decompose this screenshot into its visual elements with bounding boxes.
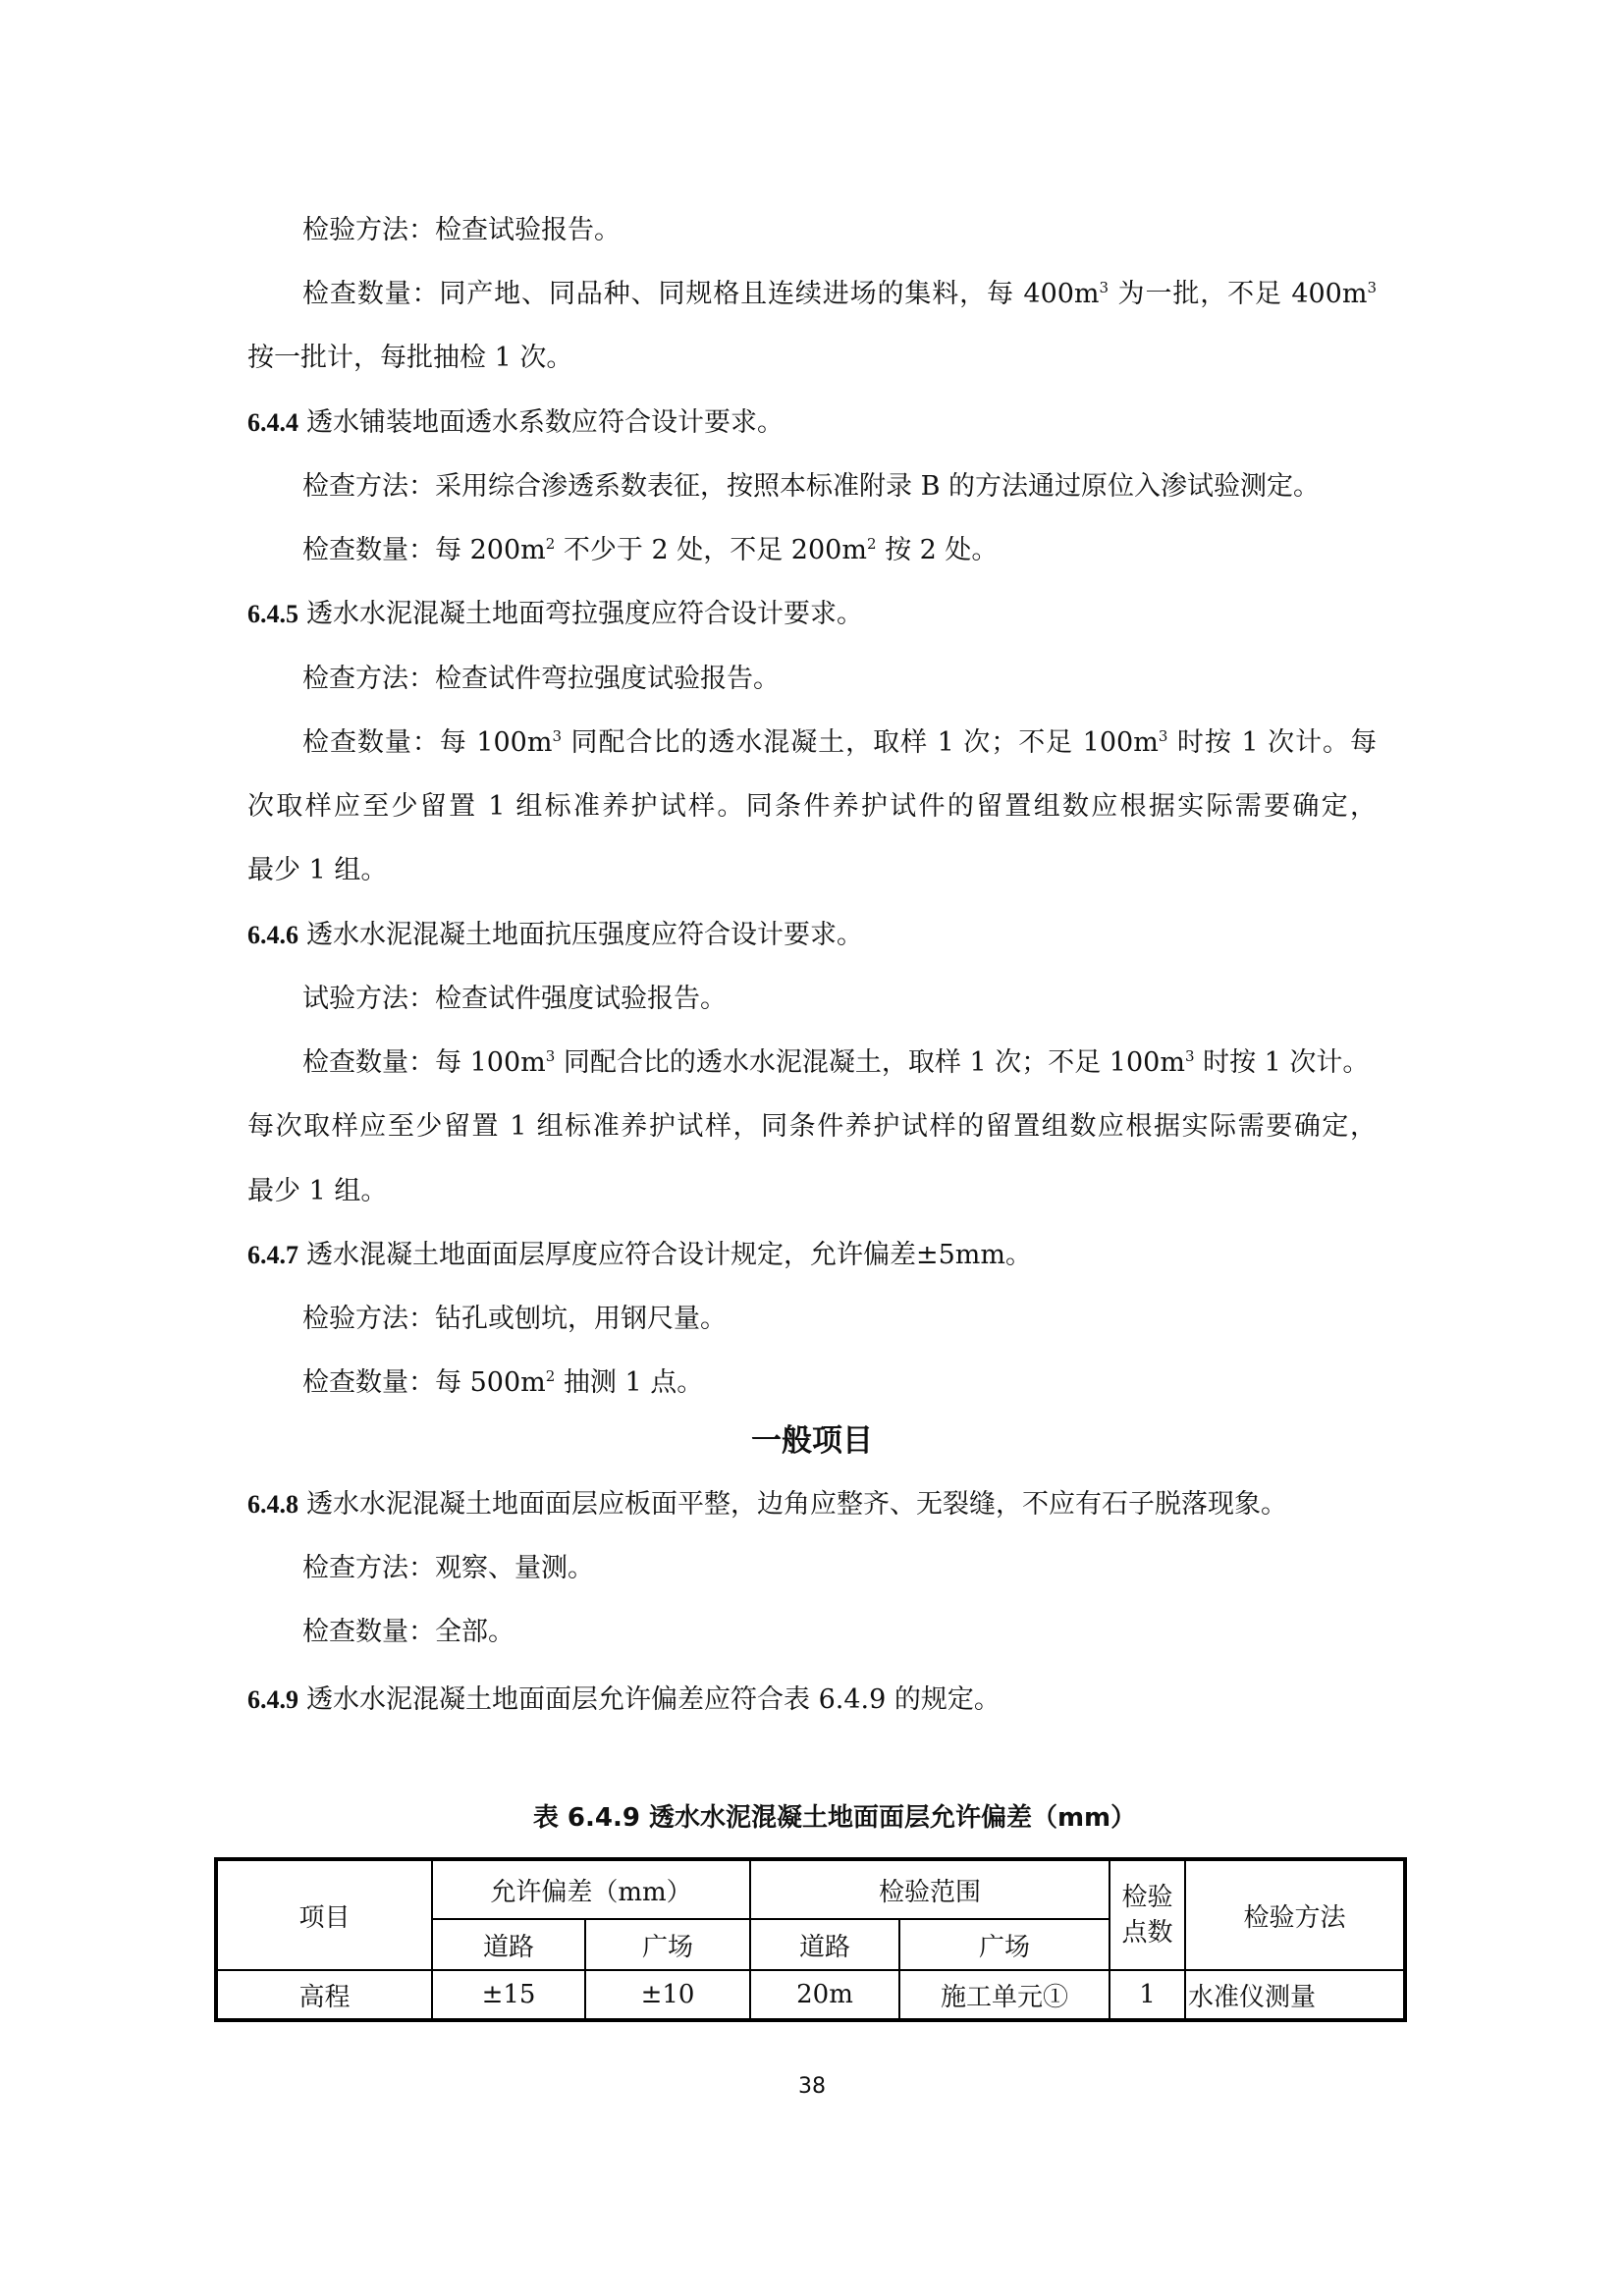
line-text: 检查数量：全部。 — [302, 1617, 514, 1647]
clause-number: 6.4.8 — [247, 1490, 298, 1519]
paragraph-line: 试验方法：检查试件强度试验报告。 — [302, 980, 1377, 1019]
paragraph-line: 最少 1 组。 — [247, 1172, 1377, 1211]
line-text: 按 2 处。 — [876, 535, 998, 565]
superscript: 3 — [1367, 279, 1377, 296]
table-row: 高程 ±15 ±10 20m 施工单元① 1 水准仪测量 — [216, 1970, 1405, 2020]
clause-6-4-5: 6.4.5透水水泥混凝土地面弯拉强度应符合设计要求。 — [247, 595, 1377, 634]
clause-text: 透水水泥混凝土地面面层应板面平整，边角应整齐、无裂缝，不应有石子脱落现象。 — [306, 1489, 1287, 1520]
cell-points: 1 — [1110, 1970, 1185, 2020]
line-text: 抽测 1 点。 — [555, 1367, 703, 1398]
clause-number: 6.4.4 — [247, 408, 298, 437]
clause-text: 透水水泥混凝土地面抗压强度应符合设计要求。 — [306, 920, 863, 950]
line-text: 最少 1 组。 — [247, 1176, 387, 1206]
cell-tol-road: ±15 — [432, 1970, 585, 2020]
table-caption: 表 6.4.9 透水水泥混凝土地面面层允许偏差（mm） — [0, 1800, 1624, 1836]
paragraph-line: 检查方法：观察、量测。 — [302, 1549, 1377, 1588]
line-text: 同配合比的透水水泥混凝土，取样 1 次；不足 100m — [555, 1047, 1185, 1078]
header-item: 项目 — [216, 1859, 432, 1970]
line-text: 按一批计，每批抽检 1 次。 — [247, 343, 572, 373]
paragraph-line: 检查数量：同产地、同品种、同规格且连续进场的集料，每 400m3 为一批，不足 … — [302, 275, 1377, 314]
header-scope: 检验范围 — [750, 1859, 1110, 1919]
paragraph-line: 最少 1 组。 — [247, 851, 1377, 890]
table-header-row: 项目 允许偏差（mm） 检验范围 检验点数 检验方法 — [216, 1859, 1405, 1919]
subheader-tol-road: 道路 — [432, 1919, 585, 1970]
paragraph-line: 检查数量：每 100m3 同配合比的透水混凝土，取样 1 次；不足 100m3 … — [302, 723, 1377, 763]
cell-method: 水准仪测量 — [1185, 1970, 1405, 2020]
paragraph-line: 按一批计，每批抽检 1 次。 — [247, 339, 1377, 378]
line-text: 时按 1 次计。每 — [1167, 727, 1377, 758]
line-text: 次取样应至少留置 1 组标准养护试样。同条件养护试件的留置组数应根据实际需要确定… — [247, 791, 1377, 822]
clause-text: 透水混凝土地面面层厚度应符合设计规定，允许偏差±5mm。 — [306, 1240, 1032, 1270]
clause-6-4-6: 6.4.6透水水泥混凝土地面抗压强度应符合设计要求。 — [247, 916, 1377, 955]
line-text: 检查数量：每 100m — [302, 1047, 546, 1078]
line-text: 检查方法：采用综合渗透系数表征，按照本标准附录 B 的方法通过原位入渗试验测定。 — [302, 471, 1320, 502]
tolerance-table: 项目 允许偏差（mm） 检验范围 检验点数 检验方法 道路 广场 道路 广场 高… — [214, 1857, 1407, 2022]
paragraph-line: 检查方法：采用综合渗透系数表征，按照本标准附录 B 的方法通过原位入渗试验测定。 — [302, 467, 1377, 507]
cell-item: 高程 — [216, 1970, 432, 2020]
page-number: 38 — [0, 2074, 1624, 2099]
clause-number: 6.4.9 — [247, 1685, 298, 1714]
clause-text: 透水铺装地面透水系数应符合设计要求。 — [306, 407, 784, 438]
header-points: 检验点数 — [1110, 1859, 1185, 1970]
section-heading: 一般项目 — [0, 1421, 1624, 1461]
subheader-tol-plaza: 广场 — [585, 1919, 750, 1970]
line-text: 为一批，不足 400m — [1109, 279, 1367, 309]
line-text: 每次取样应至少留置 1 组标准养护试样，同条件养护试样的留置组数应根据实际需要确… — [247, 1111, 1377, 1142]
line-text: 最少 1 组。 — [247, 855, 387, 885]
line-text: 时按 1 次计。 — [1194, 1047, 1369, 1078]
superscript: 2 — [546, 535, 556, 553]
clause-6-4-4: 6.4.4透水铺装地面透水系数应符合设计要求。 — [247, 403, 1377, 443]
line-text: 检查方法：检查试件弯拉强度试验报告。 — [302, 664, 780, 694]
line-text: 不少于 2 处，不足 200m — [555, 535, 867, 565]
clause-number: 6.4.6 — [247, 921, 298, 949]
clause-6-4-9: 6.4.9透水水泥混凝土地面面层允许偏差应符合表 6.4.9 的规定。 — [247, 1681, 1377, 1720]
line-text: 检查数量：同产地、同品种、同规格且连续进场的集料，每 400m — [302, 279, 1100, 309]
paragraph-line: 检查数量：每 500m2 抽测 1 点。 — [302, 1363, 1377, 1403]
header-method: 检验方法 — [1185, 1859, 1405, 1970]
paragraph-line: 每次取样应至少留置 1 组标准养护试样，同条件养护试样的留置组数应根据实际需要确… — [247, 1107, 1377, 1147]
superscript: 2 — [546, 1367, 556, 1385]
cell-scope-plaza: 施工单元① — [899, 1970, 1110, 2020]
line-text: 检验方法：检查试验报告。 — [302, 215, 621, 245]
line-text: 同配合比的透水混凝土，取样 1 次；不足 100m — [562, 727, 1159, 758]
clause-text: 透水水泥混凝土地面面层允许偏差应符合表 6.4.9 的规定。 — [306, 1684, 1001, 1715]
paragraph-line: 检查方法：检查试件弯拉强度试验报告。 — [302, 660, 1377, 699]
superscript: 3 — [552, 727, 562, 745]
cell-tol-plaza: ±10 — [585, 1970, 750, 2020]
clause-number: 6.4.5 — [247, 600, 298, 628]
header-tolerance: 允许偏差（mm） — [432, 1859, 750, 1919]
line-text: 检验方法：钻孔或刨坑，用钢尺量。 — [302, 1304, 727, 1334]
subheader-scope-plaza: 广场 — [899, 1919, 1110, 1970]
superscript: 3 — [1159, 727, 1168, 745]
superscript: 3 — [546, 1047, 556, 1065]
paragraph-line: 次取样应至少留置 1 组标准养护试样。同条件养护试件的留置组数应根据实际需要确定… — [247, 787, 1377, 827]
clause-text: 透水水泥混凝土地面弯拉强度应符合设计要求。 — [306, 599, 863, 629]
subheader-scope-road: 道路 — [750, 1919, 899, 1970]
clause-6-4-7: 6.4.7透水混凝土地面面层厚度应符合设计规定，允许偏差±5mm。 — [247, 1236, 1377, 1275]
line-text: 检查数量：每 500m — [302, 1367, 546, 1398]
paragraph-line: 检查数量：每 200m2 不少于 2 处，不足 200m2 按 2 处。 — [302, 531, 1377, 570]
paragraph-line: 检验方法：检查试验报告。 — [302, 211, 1377, 250]
line-text: 检查数量：每 100m — [302, 727, 552, 758]
line-text: 试验方法：检查试件强度试验报告。 — [302, 984, 727, 1014]
superscript: 3 — [1100, 279, 1110, 296]
cell-scope-road: 20m — [750, 1970, 899, 2020]
paragraph-line: 检查数量：每 100m3 同配合比的透水水泥混凝土，取样 1 次；不足 100m… — [302, 1043, 1377, 1083]
line-text: 检查方法：观察、量测。 — [302, 1553, 594, 1583]
clause-6-4-8: 6.4.8透水水泥混凝土地面面层应板面平整，边角应整齐、无裂缝，不应有石子脱落现… — [247, 1485, 1377, 1524]
header-points-label: 检验点数 — [1120, 1880, 1175, 1950]
paragraph-line: 检验方法：钻孔或刨坑，用钢尺量。 — [302, 1300, 1377, 1339]
paragraph-line: 检查数量：全部。 — [302, 1613, 1377, 1652]
clause-number: 6.4.7 — [247, 1241, 298, 1269]
line-text: 检查数量：每 200m — [302, 535, 546, 565]
